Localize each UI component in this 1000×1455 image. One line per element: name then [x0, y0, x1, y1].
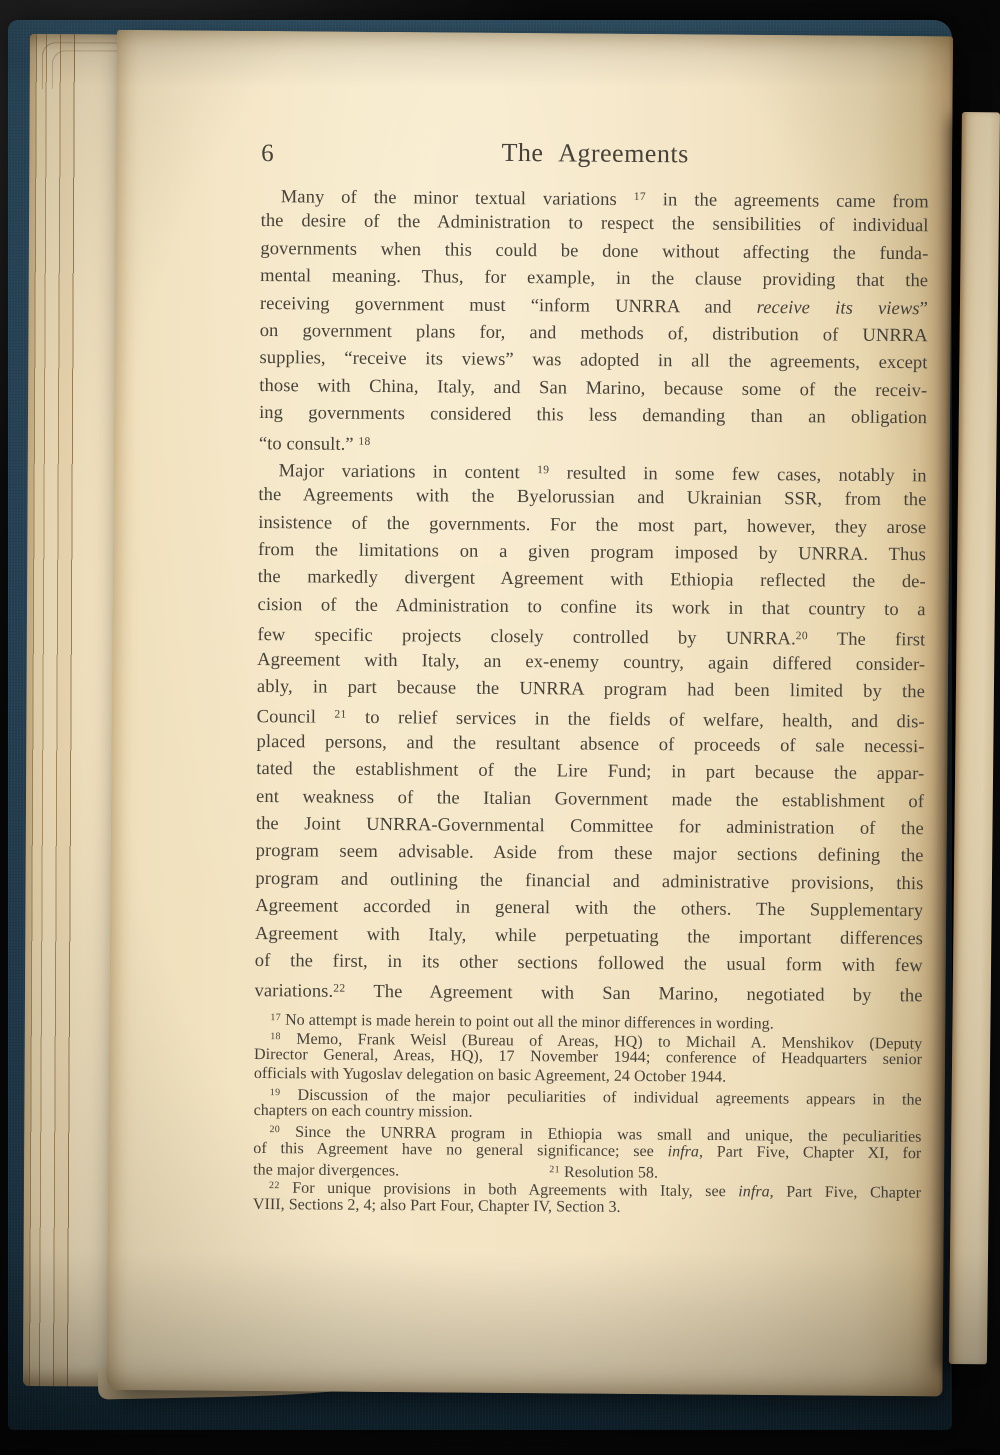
text-run: mental meaning. Thus, for example, in th…: [260, 266, 928, 291]
text-run: infra: [668, 1143, 700, 1160]
text-run: ably, in part because the UNRRA program …: [257, 677, 925, 702]
text-run: the Agreements with the Byelorussian and…: [258, 485, 926, 510]
text-run: 21: [549, 1164, 560, 1175]
text-line: variations.22 The Agreement with San Mar…: [254, 975, 922, 1008]
text-run: 18: [270, 1031, 281, 1042]
text-run: ing governments considered this less dem…: [259, 403, 927, 428]
text-run: chapters on each country mission.: [254, 1102, 473, 1121]
paragraph-1: Many of the minor textual variations 17 …: [259, 181, 929, 460]
running-header: 6 The Agreements: [261, 136, 929, 181]
text-run: the desire of the Administration to resp…: [261, 211, 929, 236]
text-run: 18: [358, 435, 370, 447]
text-run: 22: [269, 1180, 280, 1191]
text-run: on government plans for, and methods of,…: [260, 321, 928, 346]
text-run: tated the establishment of the Lire Fund…: [256, 759, 924, 784]
text-run: Agreement with Italy, while perpetuating…: [255, 924, 923, 949]
main-page: 6 The Agreements Many of the minor textu…: [106, 30, 953, 1397]
text-run: Major variations in content: [279, 461, 538, 483]
text-run: Agreement with Italy, an ex-enemy countr…: [257, 650, 925, 675]
text-run: 22: [333, 983, 345, 995]
text-run: The Agreement with San Marino, negotiate…: [345, 982, 922, 1007]
text-run: those with China, Italy, and San Marino,…: [259, 376, 927, 401]
text-run: 20: [796, 630, 808, 642]
text-run: officials with Yugoslav delegation on ba…: [254, 1065, 726, 1086]
text-run: 17: [270, 1012, 281, 1023]
footnote-block: 17 No attempt is made herein to point ou…: [253, 1009, 923, 1220]
text-run: cision of the Administration to confine …: [258, 595, 926, 620]
text-run: 20: [269, 1124, 280, 1135]
text-run: Council: [257, 708, 335, 729]
text-run: program and outlining the financial and …: [255, 869, 923, 894]
footnote-gap: [399, 1174, 549, 1176]
text-run: the Joint UNRRA-Governmental Committee f…: [256, 814, 924, 839]
text-run: VIII, Sections 2, 4; also Part Four, Cha…: [253, 1196, 621, 1216]
text-run: in the agreements came from: [646, 190, 929, 212]
text-run: infra: [738, 1183, 770, 1200]
text-run: placed persons, and the resultant absenc…: [256, 732, 924, 757]
text-run: of this Agreement have no general signif…: [253, 1140, 667, 1160]
text-run: Agreement accorded in general with the o…: [255, 896, 923, 921]
text-run: 17: [634, 191, 646, 203]
text-run: The first: [808, 630, 925, 651]
text-run: receive its views: [757, 297, 920, 318]
text-run: from the limitations on a given program …: [258, 540, 926, 565]
text-run: Resolution 58.: [560, 1163, 658, 1181]
text-run: governments when this could be done with…: [260, 239, 928, 264]
body-paragraphs: Many of the minor textual variations 17 …: [254, 181, 928, 1008]
text-run: “to consult.”: [259, 434, 359, 455]
text-run: to relief services in the fields of welf…: [347, 708, 925, 733]
text-run: the markedly divergent Agreement with Et…: [258, 567, 926, 592]
text-run: 21: [334, 709, 346, 721]
book-photo: 6 The Agreements Many of the minor textu…: [0, 0, 1000, 1455]
text-run: 19: [537, 464, 549, 476]
paragraph-2: Major variations in content 19 resulted …: [254, 455, 926, 1008]
facing-page-edge: [949, 112, 1000, 1364]
text-run: , Part Five, Chapter XI, for: [699, 1143, 921, 1162]
text-run: ent weakness of the Italian Government m…: [256, 787, 924, 812]
text-run: variations.: [254, 981, 333, 1002]
text-run: insistence of the governments. For the m…: [258, 513, 926, 538]
text-run: of the first, in its other sections foll…: [255, 951, 923, 976]
text-run: program seem advisable. Aside from these…: [256, 841, 924, 866]
text-run: ”: [920, 299, 928, 319]
text-run: resulted in some few cases, notably in: [549, 463, 926, 486]
text-run: 19: [270, 1087, 281, 1098]
text-run: few specific projects closely controlled…: [257, 625, 796, 649]
text-run: Many of the minor textual variations: [281, 187, 634, 210]
page-title: The Agreements: [261, 136, 929, 171]
text-run: supplies, “receive its views” was adopte…: [259, 348, 927, 373]
text-run: , Part Five, Chapter: [770, 1184, 921, 1201]
text-run: receiving government must “inform UNRRA …: [260, 294, 757, 318]
